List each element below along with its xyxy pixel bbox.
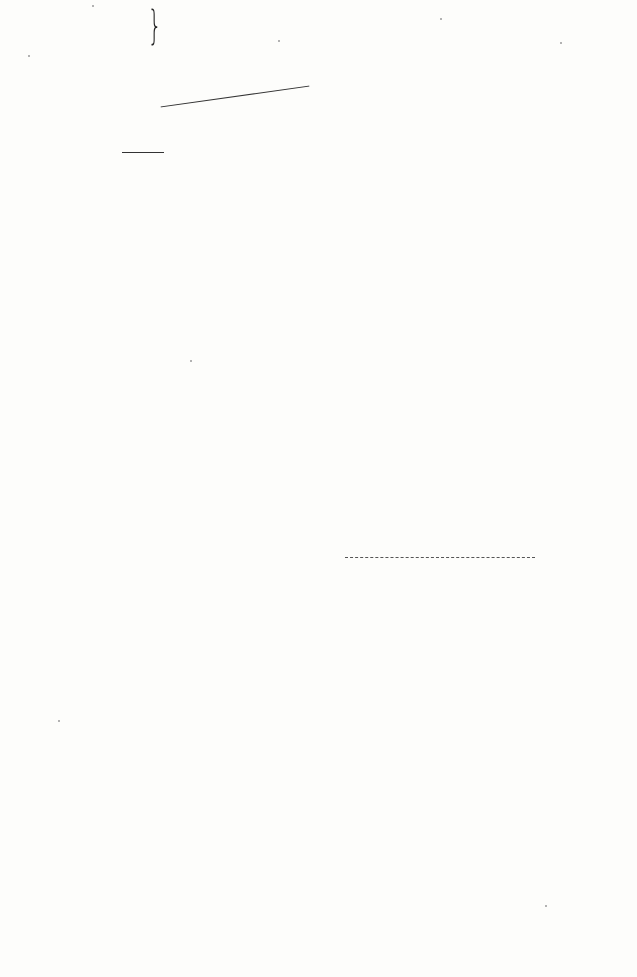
paper-speck (440, 18, 442, 20)
name-stroke (161, 86, 310, 108)
paper-speck (28, 55, 30, 57)
paper-speck (92, 5, 94, 7)
paper-speck (58, 720, 60, 722)
paper-speck (190, 360, 192, 362)
paper-speck (278, 40, 280, 42)
paper-speck (545, 905, 547, 907)
dash-divider (122, 152, 164, 153)
fill-line (345, 557, 535, 558)
paper-speck (560, 42, 562, 44)
right-brace-icon: } (148, 6, 162, 46)
